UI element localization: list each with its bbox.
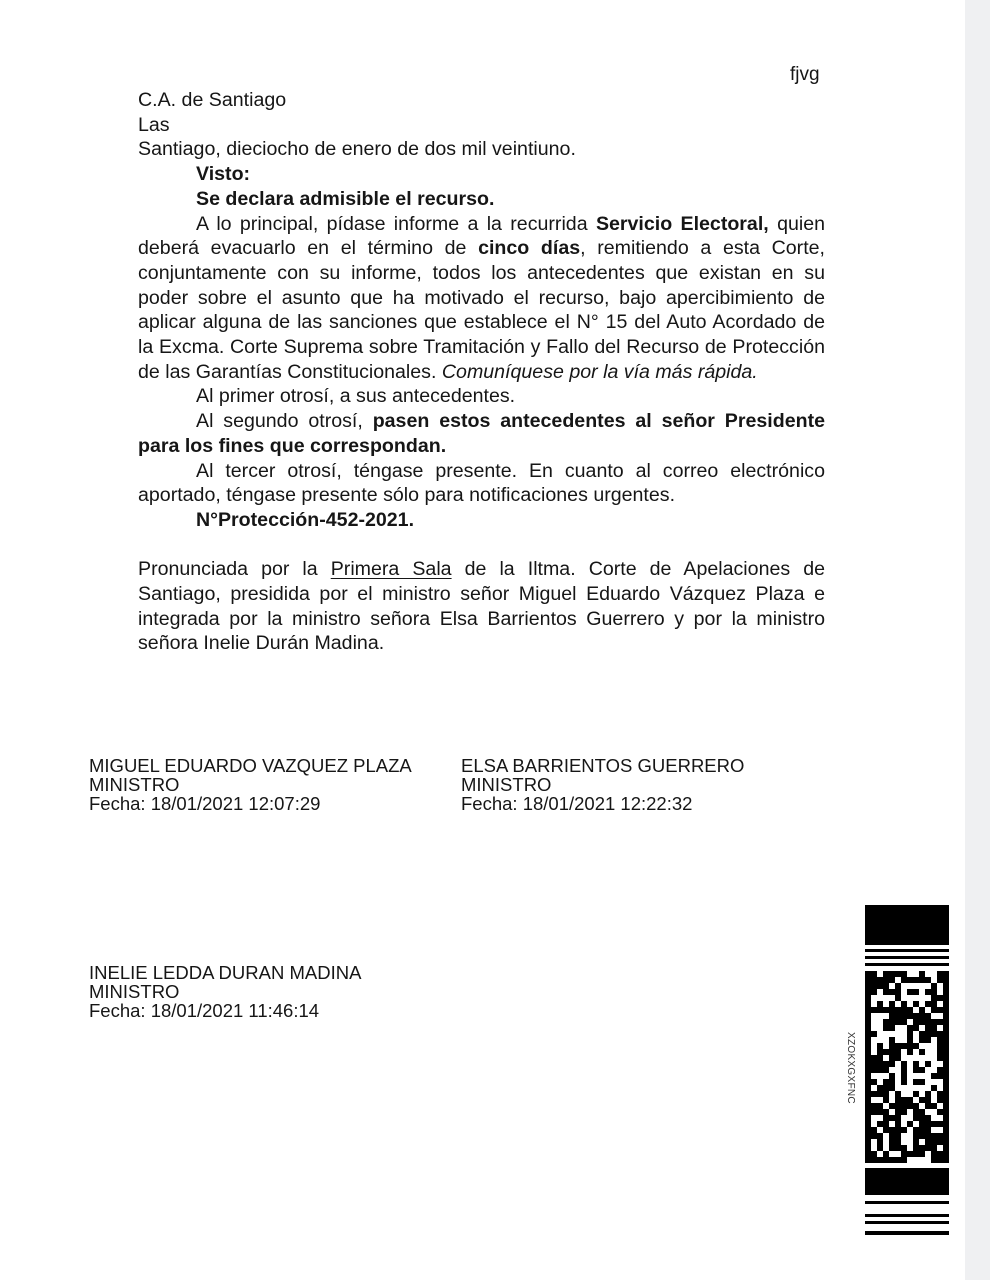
primer-otrosi: Al primer otrosí, a sus antecedentes. (138, 384, 825, 409)
case-number: N°Protección-452-2021. (138, 508, 825, 533)
signer-name: INELIE LEDDA DURAN MADINA (89, 963, 361, 982)
pronouncement-paragraph: Pronunciada por la Primera Sala de la Il… (138, 557, 825, 656)
sala-name: Primera Sala (331, 558, 452, 580)
signature-block: ELSA BARRIENTOS GUERRERO MINISTRO Fecha:… (461, 756, 744, 813)
visto-heading: Visto: (138, 162, 825, 187)
signer-name: MIGUEL EDUARDO VAZQUEZ PLAZA (89, 756, 412, 775)
signature-date: Fecha: 18/01/2021 12:07:29 (89, 794, 412, 813)
segundo-otrosi: Al segundo otrosí, pasen estos anteceden… (138, 409, 825, 458)
viewer-background (965, 0, 990, 1280)
header-line: Las (138, 113, 825, 138)
signer-role: MINISTRO (89, 982, 361, 1001)
date-line: Santiago, dieciocho de enero de dos mil … (138, 137, 825, 162)
signature-date: Fecha: 18/01/2021 11:46:14 (89, 1001, 361, 1020)
verification-code: XZOKXGXFNC (845, 1032, 856, 1104)
author-initials: fjvg (790, 64, 820, 86)
court-name: C.A. de Santiago (138, 88, 825, 113)
principal-paragraph: A lo principal, pídase informe a la recu… (138, 212, 825, 385)
signature-block: MIGUEL EDUARDO VAZQUEZ PLAZA MINISTRO Fe… (89, 756, 412, 813)
pdf417-barcode-icon (865, 905, 949, 1240)
signature-date: Fecha: 18/01/2021 12:22:32 (461, 794, 744, 813)
signer-role: MINISTRO (461, 775, 744, 794)
admissibility-statement: Se declara admisible el recurso. (138, 187, 825, 212)
resolution-body: C.A. de Santiago Las Santiago, dieciocho… (138, 88, 825, 656)
signer-name: ELSA BARRIENTOS GUERRERO (461, 756, 744, 775)
signature-block: INELIE LEDDA DURAN MADINA MINISTRO Fecha… (89, 963, 361, 1020)
document-page: fjvg C.A. de Santiago Las Santiago, diec… (0, 0, 965, 1280)
signer-role: MINISTRO (89, 775, 412, 794)
tercer-otrosi: Al tercer otrosí, téngase presente. En c… (138, 459, 825, 508)
